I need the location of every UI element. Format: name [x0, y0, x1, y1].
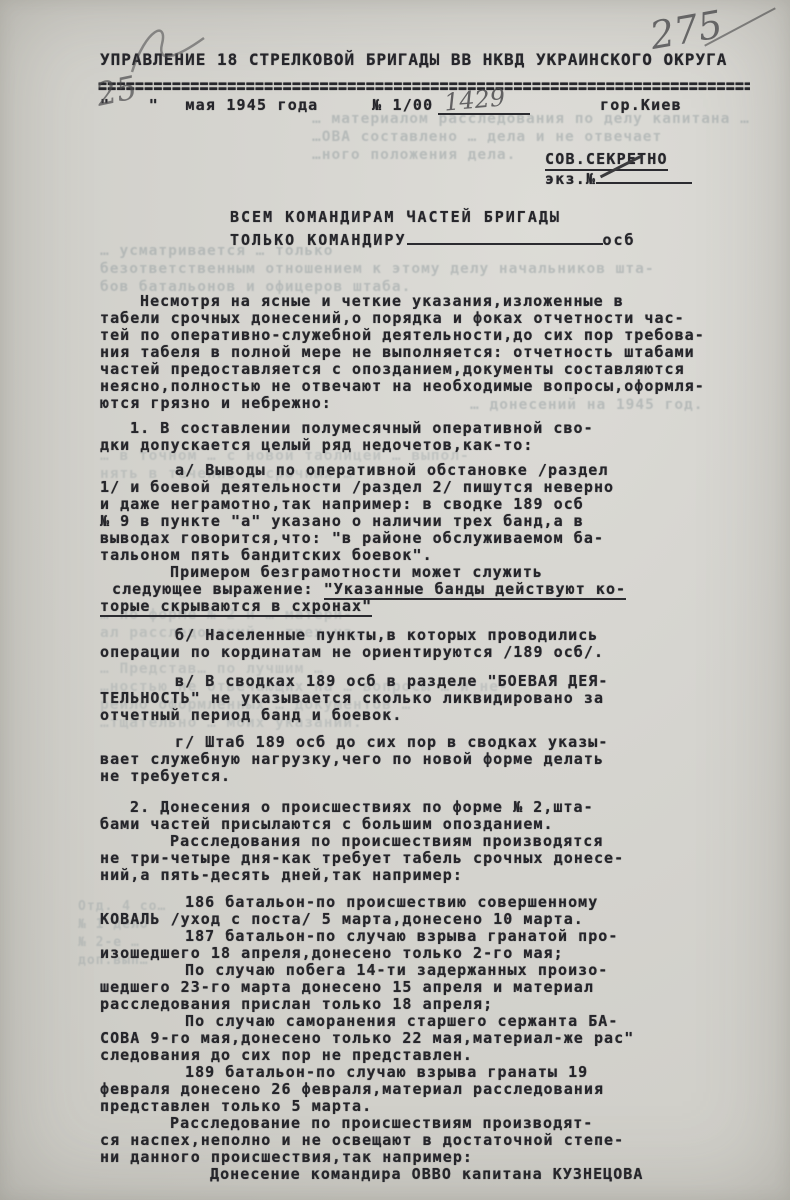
paragraph-item-1b: б/ Населенные пункты,в которых проводили…: [100, 627, 720, 661]
text-line: тальоном пять бандитских боевок".: [100, 547, 720, 564]
text-line: бами частей присылаются с большим опозда…: [100, 816, 720, 833]
text-line: б/ Населенные пункты,в которых проводили…: [100, 627, 720, 644]
address-line-2: ТОЛЬКО КОМАНДИРУосб: [230, 231, 636, 249]
text-line: ний,а пять-десять дней,так например:: [100, 867, 720, 884]
paragraph-case-189: 189 батальон-по случаю взрыва гранаты 19…: [100, 1064, 720, 1115]
bleedthrough-text: … материалом расследования по делу капит…: [312, 110, 752, 164]
text-line: КОВАЛЬ /уход с поста/ 5 марта,донесено 1…: [100, 911, 720, 928]
text-line: 1/ и боевой деятельности /раздел 2/ пишу…: [100, 479, 720, 496]
paragraph-case-escape: По случаю побега 14-ти задержанных произ…: [100, 962, 720, 1013]
paragraph-case-186: 186 батальон-по происшествию совершенном…: [100, 894, 720, 928]
bleedthrough-text: … усматривается … только безответственны…: [100, 242, 700, 296]
text-line: По случаю побега 14-ти задержанных произ…: [100, 962, 720, 979]
text-line: 1. В составлении полумесячный оперативно…: [100, 420, 720, 437]
paragraph-conclusion: Расследование по происшествиям производя…: [100, 1115, 720, 1166]
text-line: ния табеля в полной мере не выполняется:…: [100, 344, 720, 361]
text-line: СОВА 9-го мая,донесено только 22 мая,мат…: [100, 1030, 720, 1047]
text-line: представлен только 5 марта.: [100, 1098, 720, 1115]
text-line: Расследование по происшествиям производя…: [100, 1115, 720, 1132]
text-line: Расследования по происшествиям производя…: [100, 833, 720, 850]
paragraph-item-1: 1. В составлении полумесячный оперативно…: [100, 420, 720, 454]
text-line: ТЕЛЬНОСТЬ" не указывается сколько ликвид…: [100, 690, 720, 707]
text-line: частей предоставляется с опозданием,доку…: [100, 361, 720, 378]
text-line: вает служебную нагрузку,чего по новой фо…: [100, 751, 720, 768]
text-line: ни данного происшествия,так например:: [100, 1149, 720, 1166]
text-line: и даже неграмотно,так например: в сводке…: [100, 496, 720, 513]
text-line: не три-четыре дня-как требует табель сро…: [100, 850, 720, 867]
copy-number-line: экз.№: [545, 170, 692, 188]
text-line: операции по кординатам не ориентируются …: [100, 644, 720, 661]
text-line: Несмотря на ясные и четкие указания,изло…: [100, 293, 720, 310]
paragraph-item-1a: а/ Выводы по оперативной обстановке /раз…: [100, 462, 720, 564]
text-line: ся наспех,неполно и не освещают в достат…: [100, 1132, 720, 1149]
paragraph-item-2: 2. Донесения о происшествиях по форме № …: [100, 799, 720, 833]
text-line: а/ Выводы по оперативной обстановке /раз…: [100, 462, 720, 479]
paragraph-case-187: 187 батальон-по случаю взрыва гранатой п…: [100, 928, 720, 962]
text-line: тей по оперативно-служебной деятельности…: [100, 327, 720, 344]
text-line: следования до сих пор не представлен.: [100, 1047, 720, 1064]
address-line-1: ВСЕМ КОМАНДИРАМ ЧАСТЕЙ БРИГАДЫ: [230, 208, 561, 226]
document-page: … материалом расследования по делу капит…: [0, 0, 790, 1200]
underlined-phrase: торые скрываются в схронах": [100, 597, 372, 617]
header-divider: ========================================…: [98, 72, 750, 99]
text-line: ются грязно и небрежно:: [100, 395, 720, 412]
text-line: дки допускается целый ряд недочетов,как-…: [100, 437, 720, 454]
paragraph-kuznetsov: Донесение командира ОВВО капитана КУЗНЕЦ…: [100, 1166, 720, 1183]
close-quote: ": [149, 96, 159, 114]
addressee-blank: [407, 231, 603, 245]
example-line-2: следующее выражение: "Указанные банды де…: [100, 581, 720, 598]
text-line: 187 батальон-по случаю взрыва гранатой п…: [100, 928, 720, 945]
text-line: февраля донесено 26 февраля,материал рас…: [100, 1081, 720, 1098]
paragraph-example-underlined: Примером безграмотности может служить сл…: [100, 564, 720, 615]
document-body: Несмотря на ясные и четкие указания,изло…: [100, 293, 720, 1183]
date-text: мая 1945 года: [185, 96, 318, 114]
text-line: По случаю саморанения старшего сержанта …: [100, 1013, 720, 1030]
text-line: в/ В сводках 189 осб в разделе "БОЕВАЯ Д…: [100, 673, 720, 690]
example-line-3: торые скрываются в схронах": [100, 598, 720, 615]
text-line: 186 батальон-по происшествию совершенном…: [100, 894, 720, 911]
doc-number-label: № 1/00: [372, 96, 433, 114]
paragraph-item-1v: в/ В сводках 189 осб в разделе "БОЕВАЯ Д…: [100, 673, 720, 724]
text-line: отчетный период банд и боевок.: [100, 707, 720, 724]
text-line: 189 батальон-по случаю взрыва гранаты 19: [100, 1064, 720, 1081]
text-line: не требуется.: [100, 768, 720, 785]
text-line: Донесение командира ОВВО капитана КУЗНЕЦ…: [100, 1166, 720, 1183]
text-line: шедшего 23-го марта донесено 15 апреля и…: [100, 979, 720, 996]
city-label: гор.Киев: [600, 96, 682, 114]
text-line: табели срочных донесений,о порядка и фок…: [100, 310, 720, 327]
pencil-squiggle-mark: [120, 16, 210, 76]
doc-number-handwritten: 1429: [443, 83, 506, 116]
paragraph-case-basov: По случаю саморанения старшего сержанта …: [100, 1013, 720, 1064]
paragraph-item-1g: г/ Штаб 189 осб до сих пор в сводках ука…: [100, 734, 720, 785]
text-line: № 9 в пункте "а" указано о наличии трех …: [100, 513, 720, 530]
example-line-1: Примером безграмотности может служить: [100, 564, 720, 581]
paragraph-intro: Несмотря на ясные и четкие указания,изло…: [100, 293, 720, 412]
copy-label: экз.№: [545, 170, 596, 188]
paragraph-investigations: Расследования по происшествиям производя…: [100, 833, 720, 884]
text-line: расследования прислан только 18 апреля;: [100, 996, 720, 1013]
text-line: неясно,полностью не отвечают на необходи…: [100, 378, 720, 395]
text-line: г/ Штаб 189 осб до сих пор в сводках ука…: [100, 734, 720, 751]
text-line: 2. Донесения о происшествиях по форме № …: [100, 799, 720, 816]
text-line: изошедшего 18 апреля,донесено только 2-г…: [100, 945, 720, 962]
secrecy-stamp: СОВ.СЕКРЕТНО: [545, 150, 668, 168]
text-line: выводах говорится,что: "в районе обслужи…: [100, 530, 720, 547]
